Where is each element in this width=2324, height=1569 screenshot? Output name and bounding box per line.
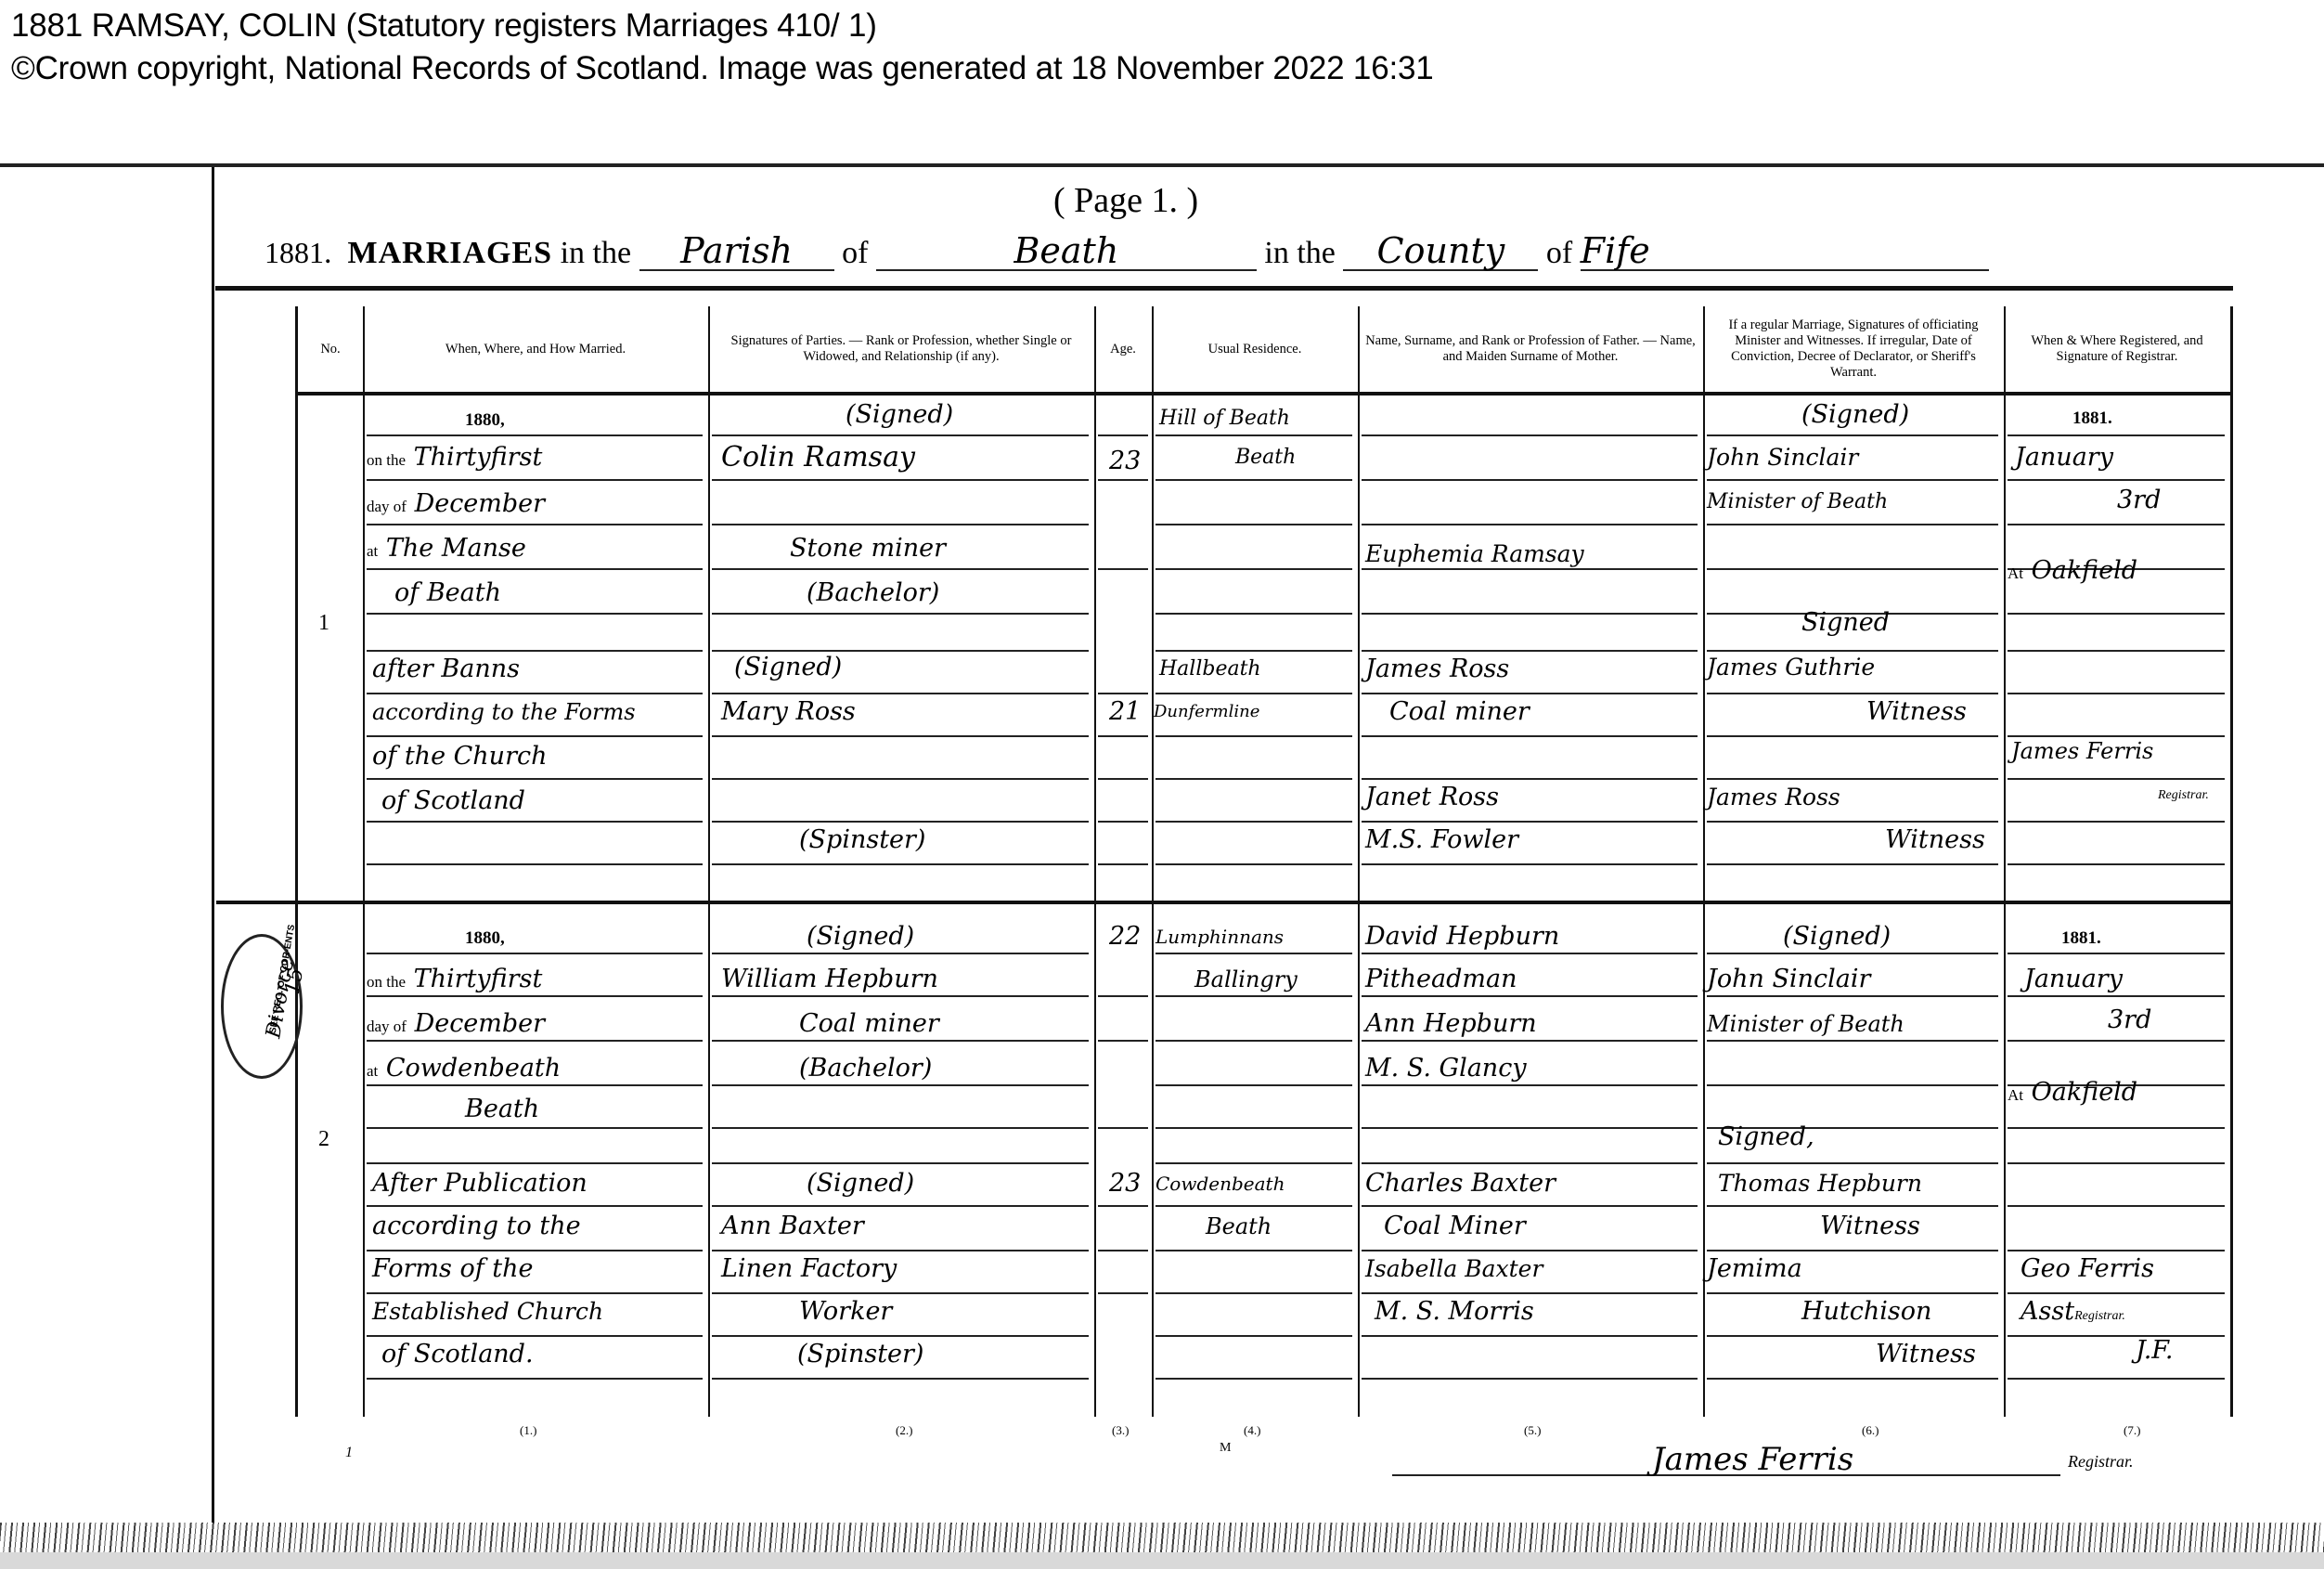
ruled-line	[367, 1378, 703, 1380]
e2-reg-place: Oakfield	[2032, 1078, 2138, 1107]
ruled-line	[1156, 953, 1352, 954]
ruled-line	[2008, 1040, 2225, 1042]
header-parents: Name, Surname, and Rank or Profession of…	[1358, 306, 1703, 392]
e1-registrar: James Ferris	[2011, 735, 2153, 767]
ruled-line	[367, 735, 703, 737]
e2-at-label: at	[367, 1062, 378, 1080]
ruled-line	[1362, 735, 1698, 737]
ruled-line	[1156, 568, 1352, 570]
e2-reg-month: January	[2024, 964, 2123, 995]
e1-witness1-label: Witness	[1866, 696, 1967, 728]
ruled-line	[1156, 1335, 1352, 1337]
ruled-line	[2008, 1250, 2225, 1251]
e1-reg-month: January	[2015, 442, 2113, 473]
ruled-line	[1156, 1205, 1352, 1207]
registrar-signature-line: James Ferris	[1392, 1441, 2060, 1476]
ruled-line	[1362, 821, 1698, 823]
col-divider	[1703, 306, 1705, 1417]
ruled-line	[1707, 1378, 1998, 1380]
ruled-line	[712, 1292, 1089, 1294]
ruled-line	[1156, 524, 1352, 525]
ruled-line	[1098, 1292, 1148, 1294]
e1-how1: after Banns	[372, 654, 520, 685]
ruled-line	[2008, 1127, 2225, 1129]
ruled-line	[2008, 479, 2225, 481]
ruled-line	[2008, 1162, 2225, 1164]
e1-bride-mother-maiden: M.S. Fowler	[1365, 824, 1518, 856]
e1-bride-age: 21	[1109, 696, 1141, 728]
e2-registrar-initials: J.F.	[2136, 1335, 2173, 1367]
ruled-line	[1362, 1378, 1698, 1380]
ruled-line	[712, 434, 1089, 436]
e2-how4: Established Church	[372, 1296, 603, 1328]
header-age: Age.	[1094, 306, 1152, 392]
e2-reg-at-label: At	[2008, 1086, 2023, 1104]
ruled-line	[1098, 863, 1148, 865]
e1-registrar-label: Registrar.	[2158, 780, 2209, 811]
scan-bottom-noise	[0, 1523, 2324, 1552]
ruled-line	[1156, 1162, 1352, 1164]
e1-signed2: Signed	[1801, 607, 1890, 639]
e1-how2: according to the Forms	[372, 696, 636, 728]
e2-how1: After Publication	[372, 1168, 587, 1199]
e2-groom-signed: (Signed)	[807, 921, 914, 953]
ruled-line	[367, 1205, 703, 1207]
entry-separator	[216, 901, 2230, 904]
ruled-line	[1156, 1084, 1352, 1086]
register-type: MARRIAGES	[348, 236, 553, 270]
e2-signed2: Signed,	[1718, 1122, 1814, 1153]
e2-bride-residence1: Cowdenbeath	[1156, 1168, 1285, 1199]
e1-place2: of Beath	[394, 577, 501, 609]
ruled-line	[2008, 995, 2225, 997]
ruled-line	[367, 479, 703, 481]
ruled-line	[712, 995, 1089, 997]
ruled-line	[1098, 821, 1148, 823]
ruled-line	[367, 953, 703, 954]
ruled-line	[1098, 479, 1148, 481]
e1-groom-status: (Bachelor)	[807, 577, 939, 609]
e1-minister: John Sinclair	[1707, 442, 1858, 473]
ruled-line	[367, 863, 703, 865]
ruled-line	[712, 1335, 1089, 1337]
ruled-line	[1156, 650, 1352, 652]
ruled-line	[1098, 735, 1148, 737]
ruled-line	[1362, 953, 1698, 954]
ruled-line	[367, 1162, 703, 1164]
ruled-line	[367, 434, 703, 436]
ruled-line	[367, 568, 703, 570]
e1-bride-mother: Janet Ross	[1365, 782, 1499, 813]
e2-registrar-title: Asst	[2021, 1297, 2074, 1326]
ruled-line	[1707, 434, 1998, 436]
scan-bottom-band	[0, 1552, 2324, 1569]
e2-year: 1880,	[465, 923, 505, 954]
e2-minister-title: Minister of Beath	[1707, 1008, 1904, 1040]
e2-reg-day: 3rd	[2108, 1005, 2151, 1036]
ruled-line	[1362, 995, 1698, 997]
ruled-line	[1362, 863, 1698, 865]
ruled-line	[712, 821, 1089, 823]
e2-bride-residence2: Beath	[1206, 1211, 1272, 1242]
ruled-line	[1156, 1127, 1352, 1129]
ruled-line	[1098, 1205, 1148, 1207]
header-signatures: Signatures of Parties. — Rank or Profess…	[708, 306, 1094, 392]
entry-number: 1	[318, 611, 329, 636]
ruled-line	[1707, 778, 1998, 780]
e2-day: Thirtyfirst	[414, 965, 543, 993]
ruled-line	[712, 613, 1089, 615]
divorce-stamp: SEE REG. OF COR-ENTS Divorce	[221, 934, 303, 1079]
e1-year: 1880,	[465, 405, 505, 436]
ruled-line	[712, 524, 1089, 525]
e1-how4: of Scotland	[381, 785, 525, 817]
ruled-line	[1707, 1084, 1998, 1086]
ruled-line	[1362, 524, 1698, 525]
division-type: Parish	[639, 232, 834, 271]
ruled-line	[712, 1127, 1089, 1129]
marriage-register-table: No. When, Where, and How Married. Signat…	[295, 306, 2233, 1417]
e1-reg-year: 1881.	[2072, 403, 2112, 434]
e1-witness1: James Guthrie	[1707, 652, 1875, 683]
e2-groom-father-rank: Pitheadman	[1365, 964, 1517, 995]
e1-bride-name: Mary Ross	[721, 696, 856, 728]
col-number-5: (5.)	[1524, 1423, 1541, 1438]
e1-reg-at-label: At	[2008, 564, 2023, 582]
ruled-line	[2008, 863, 2225, 865]
header-no: No.	[298, 306, 363, 392]
ruled-line	[367, 821, 703, 823]
e1-day-of-label: day of	[367, 498, 407, 515]
ruled-line	[1707, 863, 1998, 865]
ruled-line	[1156, 1292, 1352, 1294]
e1-groom-mother: Euphemia Ramsay	[1365, 538, 1584, 570]
col-divider	[1094, 306, 1096, 1417]
e1-witness2-label: Witness	[1885, 824, 1985, 856]
ruled-line	[1098, 778, 1148, 780]
e2-on-the-label: on the	[367, 973, 406, 991]
ruled-line	[1362, 1084, 1698, 1086]
ruled-line	[1156, 778, 1352, 780]
e1-bride-father-rank: Coal miner	[1389, 696, 1530, 728]
e2-groom-mother-maiden: M. S. Glancy	[1365, 1053, 1527, 1084]
ruled-line	[712, 1250, 1089, 1251]
ruled-line	[1362, 693, 1698, 694]
copyright-notice: ©Crown copyright, National Records of Sc…	[11, 48, 1434, 89]
e2-registrar: Geo Ferris	[2021, 1253, 2154, 1285]
ruled-line	[712, 479, 1089, 481]
col-divider	[363, 306, 365, 1417]
col-divider	[2004, 306, 2006, 1417]
ruled-line	[712, 1162, 1089, 1164]
ruled-line	[712, 1205, 1089, 1207]
ruled-line	[2008, 1335, 2225, 1337]
e1-groom-signed: (Signed)	[846, 399, 953, 431]
header-when-where: When, Where, and How Married.	[363, 306, 708, 392]
ruled-line	[1362, 1127, 1698, 1129]
col-number-6: (6.)	[1862, 1423, 1879, 1438]
ruled-line	[1707, 953, 1998, 954]
e1-officiant-signed: (Signed)	[1801, 399, 1909, 431]
ruled-line	[1707, 524, 1998, 525]
e2-day-of-label: day of	[367, 1018, 407, 1035]
col-number-3: (3.)	[1112, 1423, 1129, 1438]
e1-groom-name: Colin Ramsay	[721, 442, 915, 473]
registrar-label: Registrar.	[2068, 1452, 2134, 1472]
e1-day: Thirtyfirst	[414, 443, 543, 472]
header-residence: Usual Residence.	[1152, 306, 1358, 392]
e2-how5: of Scotland.	[381, 1339, 534, 1370]
ruled-line	[1707, 479, 1998, 481]
ruled-line	[1362, 650, 1698, 652]
e1-groom-residence1: Hill of Beath	[1159, 403, 1290, 434]
ruled-line	[1362, 479, 1698, 481]
ruled-line	[1156, 434, 1352, 436]
e2-groom-name: William Hepburn	[721, 964, 938, 995]
col-number-2: (2.)	[896, 1423, 912, 1438]
ruled-line	[367, 524, 703, 525]
e2-minister: John Sinclair	[1707, 964, 1870, 995]
ruled-line	[2008, 693, 2225, 694]
e2-witness2b: Hutchison	[1801, 1296, 1931, 1328]
e2-officiant-signed: (Signed)	[1783, 921, 1891, 953]
ruled-line	[2008, 1378, 2225, 1380]
page-number: ( Page 1. )	[1053, 180, 1198, 221]
ruled-line	[1362, 1250, 1698, 1251]
ruled-line	[1362, 1292, 1698, 1294]
ruled-line	[712, 1084, 1089, 1086]
col-divider	[1152, 306, 1154, 1417]
ruled-line	[1707, 1292, 1998, 1294]
e2-groom-status: (Bachelor)	[799, 1053, 932, 1084]
e2-witness1: Thomas Hepburn	[1718, 1168, 1922, 1199]
page-margin-rule	[212, 167, 214, 1523]
title-in-the-2: in the	[1264, 236, 1335, 270]
e2-witness2a: Jemima	[1707, 1253, 1802, 1285]
e2-place2: Beath	[465, 1094, 539, 1125]
side-mark: 1	[345, 1445, 353, 1461]
e2-bride-name: Ann Baxter	[721, 1211, 864, 1242]
e1-reg-place: Oakfield	[2032, 556, 2138, 585]
register-year: 1881	[265, 236, 324, 269]
title-in-the: in the	[561, 236, 631, 270]
col-number-4: (4.)	[1244, 1423, 1260, 1438]
ruled-line	[1707, 735, 1998, 737]
ruled-line	[1098, 434, 1148, 436]
e2-reg-year: 1881.	[2061, 923, 2101, 954]
e2-bride-mother: Isabella Baxter	[1365, 1253, 1543, 1285]
e1-groom-rank: Stone miner	[790, 533, 946, 564]
ruled-line	[1707, 1250, 1998, 1251]
e2-groom-age: 22	[1109, 921, 1141, 953]
e2-groom-rank: Coal miner	[799, 1008, 939, 1040]
ruled-line	[1707, 1040, 1998, 1042]
ruled-line	[1156, 479, 1352, 481]
ruled-line	[1156, 1040, 1352, 1042]
ruled-line	[1098, 1127, 1148, 1129]
ruled-line	[1707, 821, 1998, 823]
ruled-line	[1362, 1205, 1698, 1207]
ruled-line	[1156, 693, 1352, 694]
e1-bride-status: (Spinster)	[799, 824, 925, 856]
stamp-reference: 15	[278, 966, 313, 996]
header-registered: When & Where Registered, and Signature o…	[2004, 306, 2230, 392]
ruled-line	[367, 1335, 703, 1337]
e1-place1: The Manse	[386, 534, 526, 563]
e2-how2: according to the	[372, 1211, 581, 1242]
e2-month: December	[415, 1009, 546, 1038]
e2-bride-mother-maiden: M. S. Morris	[1375, 1296, 1534, 1328]
ruled-line	[367, 1292, 703, 1294]
ruled-line	[712, 568, 1089, 570]
ruled-line	[367, 650, 703, 652]
col-divider	[1358, 306, 1360, 1417]
ruled-line	[367, 1127, 703, 1129]
e1-how3: of the Church	[372, 741, 548, 772]
e1-bride-father: James Ross	[1365, 654, 1509, 685]
ruled-line	[1156, 1378, 1352, 1380]
e2-how3: Forms of the	[372, 1253, 534, 1285]
e2-witness2-label: Witness	[1876, 1339, 1976, 1370]
registrar-signature: James Ferris	[1652, 1441, 1853, 1478]
e1-bride-residence1: Hallbeath	[1159, 654, 1261, 685]
ruled-line	[2008, 1205, 2225, 1207]
title-of-1: of	[842, 236, 868, 270]
ruled-line	[2008, 434, 2225, 436]
ruled-line	[1362, 1162, 1698, 1164]
ruled-line	[2008, 613, 2225, 615]
ruled-line	[1362, 778, 1698, 780]
ruled-line	[1707, 1335, 1998, 1337]
ruled-line	[1362, 1040, 1698, 1042]
ruled-line	[712, 693, 1089, 694]
ruled-line	[1707, 995, 1998, 997]
ruled-line	[367, 613, 703, 615]
e1-bride-residence2: Dunfermline	[1154, 696, 1259, 728]
ruled-line	[712, 863, 1089, 865]
ruled-line	[1156, 863, 1352, 865]
e2-groom-residence1: Lumphinnans	[1156, 921, 1284, 953]
ruled-line	[1098, 568, 1148, 570]
ruled-line	[1156, 821, 1352, 823]
ruled-line	[2008, 524, 2225, 525]
header-rule	[298, 392, 2230, 395]
ruled-line	[1156, 613, 1352, 615]
e2-bride-age: 23	[1109, 1168, 1141, 1199]
e1-at-label: at	[367, 542, 378, 560]
ruled-line	[712, 778, 1089, 780]
division-name: Beath	[876, 232, 1257, 271]
e1-groom-age: 23	[1109, 446, 1141, 477]
ruled-line	[367, 693, 703, 694]
e2-bride-signed: (Signed)	[807, 1168, 914, 1199]
ruled-line	[1156, 735, 1352, 737]
ruled-line	[1098, 693, 1148, 694]
e1-groom-residence2: Beath	[1235, 442, 1296, 473]
ruled-line	[1156, 1250, 1352, 1251]
ruled-line	[1098, 995, 1148, 997]
e1-month: December	[415, 489, 546, 518]
col-divider	[708, 306, 710, 1417]
e1-bride-signed: (Signed)	[734, 652, 842, 683]
ruled-line	[1098, 1040, 1148, 1042]
e1-on-the-label: on the	[367, 451, 406, 469]
ruled-line	[1707, 568, 1998, 570]
e2-witness1-label: Witness	[1820, 1211, 1920, 1242]
e2-bride-status: (Spinster)	[797, 1339, 923, 1370]
e1-reg-day: 3rd	[2117, 485, 2161, 516]
e2-bride-rank2: Worker	[799, 1296, 892, 1328]
ruled-line	[2008, 953, 2225, 954]
ruled-line	[1362, 434, 1698, 436]
register-title: 1881. MARRIAGES in the Parish of Beath i…	[265, 232, 1989, 271]
ruled-line	[1362, 1335, 1698, 1337]
col-number-1: (1.)	[520, 1423, 536, 1438]
entry-number: 2	[318, 1127, 329, 1152]
ruled-line	[712, 1040, 1089, 1042]
col-number-7: (7.)	[2124, 1423, 2140, 1438]
e2-bride-rank1: Linen Factory	[721, 1253, 897, 1285]
e1-witness2: James Ross	[1707, 782, 1840, 813]
e2-groom-mother: Ann Hepburn	[1365, 1008, 1537, 1040]
ruled-line	[2008, 1292, 2225, 1294]
margin-mark: M	[1220, 1441, 1231, 1456]
e2-groom-father: David Hepburn	[1365, 921, 1559, 953]
region-type: County	[1343, 232, 1538, 271]
e2-groom-residence2: Ballingry	[1194, 964, 1298, 995]
title-of-2: of	[1546, 236, 1572, 270]
header-officiant: If a regular Marriage, Signatures of off…	[1703, 306, 2004, 392]
e1-minister-title: Minister of Beath	[1707, 486, 1888, 518]
ruled-line	[1707, 1205, 1998, 1207]
e2-registrar-label: Registrar.	[2074, 1309, 2125, 1323]
e2-place1: Cowdenbeath	[386, 1054, 561, 1083]
e2-bride-father-rank: Coal Miner	[1384, 1211, 1526, 1242]
ruled-line	[2008, 821, 2225, 823]
ruled-line	[1362, 613, 1698, 615]
ruled-line	[712, 735, 1089, 737]
e2-bride-father: Charles Baxter	[1365, 1168, 1556, 1199]
ruled-line	[367, 778, 703, 780]
ruled-line	[2008, 650, 2225, 652]
ruled-line	[1156, 995, 1352, 997]
ruled-line	[712, 953, 1089, 954]
ruled-line	[1098, 1250, 1148, 1251]
ruled-line	[1707, 1162, 1998, 1164]
ruled-line	[712, 1378, 1089, 1380]
region-name: Fife	[1581, 232, 1989, 271]
scan-top-edge	[0, 163, 2324, 167]
ruled-line	[367, 1250, 703, 1251]
ruled-line	[1707, 693, 1998, 694]
record-title: 1881 RAMSAY, COLIN (Statutory registers …	[11, 6, 877, 46]
